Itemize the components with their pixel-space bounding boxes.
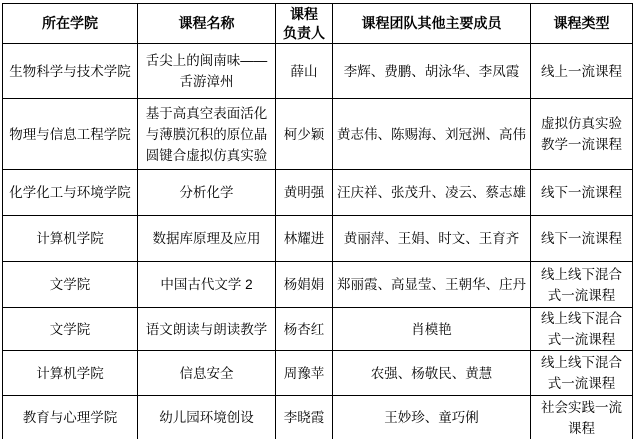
college-cell: 文学院 xyxy=(3,308,138,351)
header-team-members: 课程团队其他主要成员 xyxy=(333,4,531,44)
course-cell: 基于高真空表面活化 与薄膜沉积的原位晶 圆键合虚拟仿真实验 xyxy=(138,99,276,170)
leader-cell: 李晓霞 xyxy=(276,396,333,439)
team-cell: 黄志伟、陈赐海、刘冠洲、高伟 xyxy=(333,99,531,170)
table-row: 文学院 语文朗读与朗读教学 杨杏红 肖模艳 线上线下混合 式一流课程 xyxy=(3,308,633,351)
college-cell: 计算机学院 xyxy=(3,351,138,396)
course-cell: 中国古代文学 2 xyxy=(138,262,276,308)
header-college: 所在学院 xyxy=(3,4,138,44)
table-row: 物理与信息工程学院 基于高真空表面活化 与薄膜沉积的原位晶 圆键合虚拟仿真实验 … xyxy=(3,99,633,170)
college-cell: 生物科学与技术学院 xyxy=(3,44,138,99)
course-table-container: 所在学院 课程名称 课程 负责人 课程团队其他主要成员 课程类型 生物科学与技术… xyxy=(0,0,634,439)
type-cell: 虚拟仿真实验 教学一流课程 xyxy=(531,99,633,170)
course-cell: 数据库原理及应用 xyxy=(138,216,276,262)
header-course-leader: 课程 负责人 xyxy=(276,4,333,44)
leader-cell: 林耀进 xyxy=(276,216,333,262)
table-row: 教育与心理学院 幼儿园环境创设 李晓霞 王妙珍、童巧俐 社会实践一流 课程 xyxy=(3,396,633,439)
type-cell: 社会实践一流 课程 xyxy=(531,396,633,439)
table-row: 生物科学与技术学院 舌尖上的闽南味—— 舌游漳州 薛山 李辉、费鹏、胡泳华、李凤… xyxy=(3,44,633,99)
team-cell: 农强、杨敬民、黄慧 xyxy=(333,351,531,396)
team-cell: 汪庆祥、张茂升、凌云、蔡志雄 xyxy=(333,170,531,216)
leader-cell: 杨娟娟 xyxy=(276,262,333,308)
college-cell: 化学化工与环境学院 xyxy=(3,170,138,216)
course-table: 所在学院 课程名称 课程 负责人 课程团队其他主要成员 课程类型 生物科学与技术… xyxy=(2,3,633,439)
course-cell: 信息安全 xyxy=(138,351,276,396)
type-cell: 线下一流课程 xyxy=(531,170,633,216)
type-cell: 线上线下混合 式一流课程 xyxy=(531,351,633,396)
type-cell: 线下一流课程 xyxy=(531,216,633,262)
type-cell: 线上一流课程 xyxy=(531,44,633,99)
team-cell: 郑丽霞、高显莹、王朝华、庄丹 xyxy=(333,262,531,308)
team-cell: 王妙珍、童巧俐 xyxy=(333,396,531,439)
course-cell: 语文朗读与朗读教学 xyxy=(138,308,276,351)
team-cell: 黄丽萍、王娟、时文、王育齐 xyxy=(333,216,531,262)
college-cell: 文学院 xyxy=(3,262,138,308)
college-cell: 物理与信息工程学院 xyxy=(3,99,138,170)
course-cell: 幼儿园环境创设 xyxy=(138,396,276,439)
leader-cell: 黄明强 xyxy=(276,170,333,216)
table-row: 计算机学院 数据库原理及应用 林耀进 黄丽萍、王娟、时文、王育齐 线下一流课程 xyxy=(3,216,633,262)
team-cell: 李辉、费鹏、胡泳华、李凤霞 xyxy=(333,44,531,99)
header-course-type: 课程类型 xyxy=(531,4,633,44)
type-cell: 线上线下混合 式一流课程 xyxy=(531,308,633,351)
leader-cell: 柯少颖 xyxy=(276,99,333,170)
leader-cell: 薛山 xyxy=(276,44,333,99)
leader-cell: 杨杏红 xyxy=(276,308,333,351)
course-cell: 分析化学 xyxy=(138,170,276,216)
college-cell: 教育与心理学院 xyxy=(3,396,138,439)
leader-cell: 周豫苹 xyxy=(276,351,333,396)
header-row: 所在学院 课程名称 课程 负责人 课程团队其他主要成员 课程类型 xyxy=(3,4,633,44)
header-course-name: 课程名称 xyxy=(138,4,276,44)
course-cell: 舌尖上的闽南味—— 舌游漳州 xyxy=(138,44,276,99)
team-cell: 肖模艳 xyxy=(333,308,531,351)
type-cell: 线上线下混合 式一流课程 xyxy=(531,262,633,308)
table-row: 化学化工与环境学院 分析化学 黄明强 汪庆祥、张茂升、凌云、蔡志雄 线下一流课程 xyxy=(3,170,633,216)
table-row: 文学院 中国古代文学 2 杨娟娟 郑丽霞、高显莹、王朝华、庄丹 线上线下混合 式… xyxy=(3,262,633,308)
table-row: 计算机学院 信息安全 周豫苹 农强、杨敬民、黄慧 线上线下混合 式一流课程 xyxy=(3,351,633,396)
college-cell: 计算机学院 xyxy=(3,216,138,262)
